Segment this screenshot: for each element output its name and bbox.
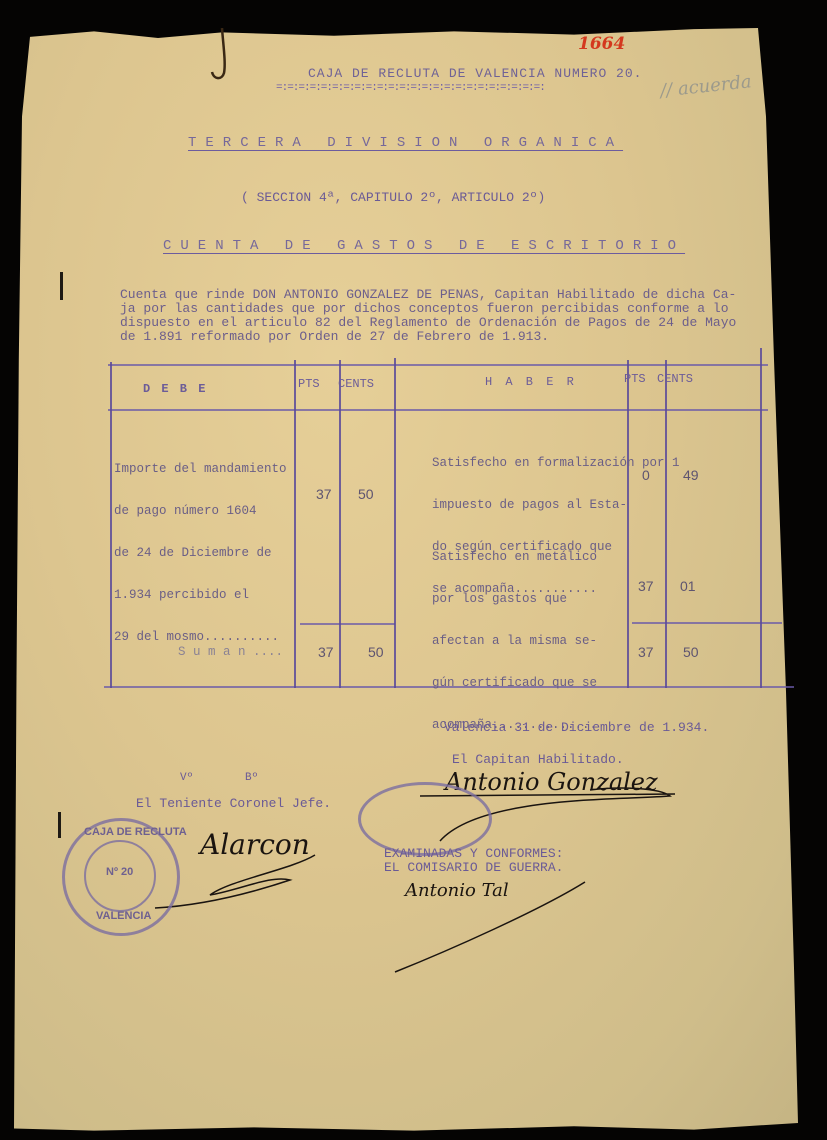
haber-total-cents: 50: [683, 644, 699, 660]
examined-line: EL COMISARIO DE GUERRA.: [384, 860, 563, 875]
table-top-rule: [108, 364, 768, 366]
totals-label: S u m a n ....: [178, 645, 283, 659]
col-rule: [110, 362, 112, 688]
concept-line: impuesto de pagos al Esta-: [432, 498, 680, 512]
haber-entry-cents: 01: [680, 578, 696, 594]
concept-line: Satisfecho en metálico: [432, 550, 597, 564]
debe-total-cents: 50: [368, 644, 384, 660]
haber-entry-pts: 0: [642, 467, 650, 483]
hook-icon: [204, 28, 234, 88]
margin-mark: [58, 812, 61, 838]
header-rule: =:=:=:=:=:=:=:=:=:=:=:=:=:=:=:=:=:=:=:=:…: [276, 82, 545, 94]
header-cents: CENTS: [338, 377, 374, 391]
archive-number: 1664: [578, 34, 625, 54]
header-cents-2: CENTS: [657, 372, 693, 386]
signature-flourish: [390, 880, 590, 975]
col-rule: [294, 360, 296, 688]
table-header-rule: [108, 409, 768, 411]
concept-line: 1.934 percibido el: [114, 588, 287, 602]
oval-stamp: [358, 782, 492, 856]
section-reference: ( SECCION 4ª, CAPITULO 2º, ARTICULO 2º): [241, 190, 545, 205]
round-stamp-bottom: VALENCIA: [96, 910, 151, 922]
debe-entry-concept: Importe del mandamiento de pago número 1…: [114, 434, 287, 672]
header-pts: PTS: [298, 377, 320, 391]
margin-mark: [60, 272, 63, 300]
concept-line: por los gastos que: [432, 592, 597, 606]
debe-subtotal-rule: [300, 623, 395, 625]
round-stamp-center: Nº 20: [106, 866, 133, 878]
concept-line: de 24 de Diciembre de: [114, 546, 287, 560]
haber-total-pts: 37: [638, 644, 654, 660]
account-title: CUENTA DE GASTOS DE ESCRITORIO: [163, 238, 685, 254]
colonel-title: El Teniente Coronel Jefe.: [136, 796, 331, 811]
intro-line: dispuesto en el articulo 82 del Reglamen…: [120, 316, 736, 330]
vb-v: Vº: [180, 772, 193, 784]
col-rule: [339, 360, 341, 688]
debe-entry-pts: 37: [316, 486, 332, 502]
concept-line: 29 del mosmo..........: [114, 630, 287, 644]
debe-entry-cents: 50: [358, 486, 374, 502]
haber-entry-pts: 37: [638, 578, 654, 594]
concept-line: afectan a la misma se-: [432, 634, 597, 648]
intro-line: de 1.891 reformado por Orden de 27 de Fe…: [120, 330, 736, 344]
intro-paragraph: Cuenta que rinde DON ANTONIO GONZALEZ DE…: [120, 288, 736, 344]
header-debe: D E B E: [143, 382, 207, 396]
vb-b: Bº: [245, 772, 258, 784]
intro-line: ja por las cantidades que por dichos con…: [120, 302, 736, 316]
concept-line: gún certificado que se: [432, 676, 597, 690]
concept-line: de pago número 1604: [114, 504, 287, 518]
institution-header: CAJA DE RECLUTA DE VALENCIA NUMERO 20.: [308, 66, 642, 81]
captain-title: El Capitan Habilitado.: [452, 752, 624, 767]
haber-entry-cents: 49: [683, 467, 699, 483]
col-rule: [760, 348, 762, 688]
concept-line: Importe del mandamiento: [114, 462, 287, 476]
debe-total-pts: 37: [318, 644, 334, 660]
header-pts-2: PTS: [624, 372, 646, 386]
examined-line: EXAMINADAS Y CONFORMES:: [384, 846, 563, 861]
place-date: Valencia 31 de Diciembre de 1.934.: [444, 720, 709, 735]
round-stamp-top: CAJA DE RECLUTA: [84, 826, 187, 838]
division-title: TERCERA DIVISION ORGANICA: [188, 135, 623, 151]
col-rule: [394, 358, 396, 688]
header-haber: H A B E R: [485, 375, 577, 389]
intro-line: Cuenta que rinde DON ANTONIO GONZALEZ DE…: [120, 288, 736, 302]
